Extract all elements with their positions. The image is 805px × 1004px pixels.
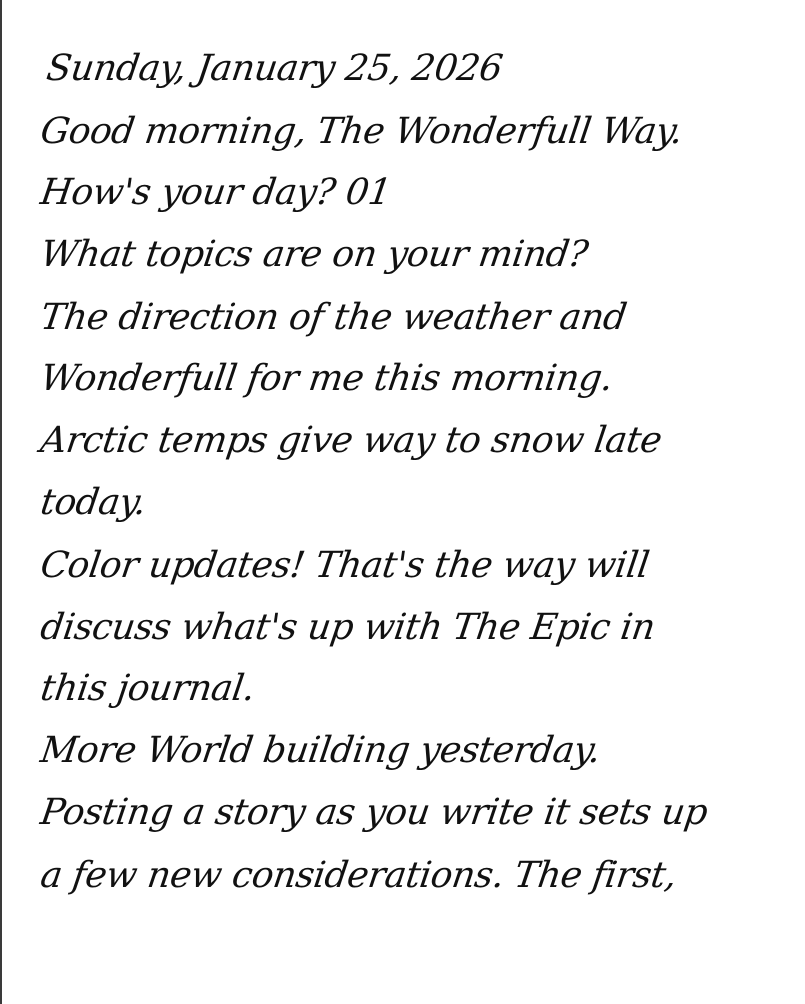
journal-line: What topics are on your mind? (38, 234, 590, 275)
handwritten-journal-page: Sunday, January 25, 2026 Good morning, T… (0, 0, 805, 1004)
journal-line: this journal. (38, 668, 257, 709)
journal-line: Color updates! That's the way will (38, 545, 651, 586)
journal-date: Sunday, January 25, 2026 (44, 48, 505, 89)
journal-line: Wonderfull for me this morning. (38, 358, 615, 399)
journal-line: Posting a story as you write it sets up (38, 792, 710, 833)
journal-line: discuss what's up with The Epic in (38, 607, 657, 648)
journal-line: a few new considerations. The first, (38, 855, 679, 896)
journal-line: Arctic temps give way to snow late (38, 420, 664, 461)
journal-line: Good morning, The Wonderfull Way. (38, 111, 685, 152)
journal-line: The direction of the weather and (38, 297, 629, 338)
journal-line: today. (38, 482, 148, 523)
journal-line: How's your day? 01 (38, 172, 394, 213)
journal-line: More World building yesterday. (38, 730, 603, 771)
